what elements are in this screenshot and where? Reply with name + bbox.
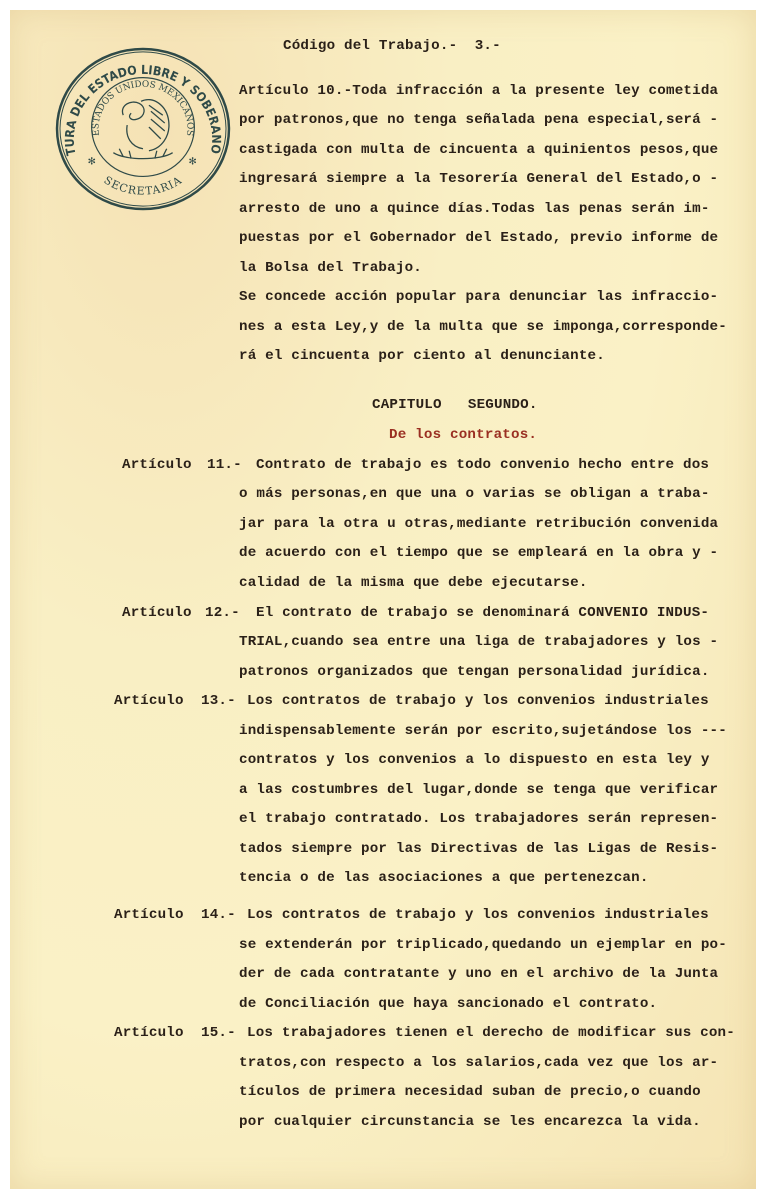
article-line: la Bolsa del Trabajo. <box>239 259 422 277</box>
article-number: 12.- <box>205 604 240 622</box>
article-line: tratos,con respecto a los salarios,cada … <box>239 1054 718 1072</box>
article-line: castigada con multa de cincuenta a quini… <box>239 141 718 159</box>
article-line: de acuerdo con el tiempo que se empleará… <box>239 544 718 562</box>
svg-text:✻: ✻ <box>88 157 96 168</box>
article-line: por patronos,que no tenga señalada pena … <box>239 111 718 129</box>
article-line: tencia o de las asociaciones a que perte… <box>239 869 649 887</box>
article-line: TRIAL,cuando sea entre una liga de traba… <box>239 633 718 651</box>
article-line: de Conciliación que haya sancionado el c… <box>239 995 657 1013</box>
article-line: a las costumbres del lugar,donde se teng… <box>239 781 718 799</box>
article-label: Artículo <box>114 906 184 924</box>
article-line: Se concede acción popular para denunciar… <box>239 288 718 306</box>
article-line: arresto de uno a quince días.Todas las p… <box>239 200 710 218</box>
chapter-title: CAPITULO SEGUNDO. <box>372 396 538 414</box>
article-line: puestas por el Gobernador del Estado, pr… <box>239 229 718 247</box>
article-line: Los trabajadores tienen el derecho de mo… <box>247 1024 735 1042</box>
chapter-subtitle: De los contratos. <box>389 426 537 444</box>
article-line: por cualquier circunstancia se les encar… <box>239 1113 701 1131</box>
article-label: Artículo <box>122 456 192 474</box>
article-line: se extenderán por triplicado,quedando un… <box>239 936 727 954</box>
svg-text:SECRETARIA: SECRETARIA <box>101 173 184 197</box>
page-header: Código del Trabajo.- 3.- <box>283 37 501 55</box>
article-line: Los contratos de trabajo y los convenios… <box>247 906 709 924</box>
article-line: jar para la otra u otras,mediante retrib… <box>239 515 718 533</box>
article-line: tados siempre por las Directivas de las … <box>239 840 718 858</box>
article-line: calidad de la misma que debe ejecutarse. <box>239 574 588 592</box>
article-line: contratos y los convenios a lo dispuesto… <box>239 751 710 769</box>
article-number: 11.- <box>207 456 242 474</box>
article-line: El contrato de trabajo se denominará CON… <box>256 604 709 622</box>
article-number: 13.- <box>201 692 236 710</box>
article-line: der de cada contratante y uno en el arch… <box>239 965 718 983</box>
svg-text:✻: ✻ <box>188 157 196 168</box>
article-line: el trabajo contratado. Los trabajadores … <box>239 810 718 828</box>
article-number: 15.- <box>201 1024 236 1042</box>
article-line: nes a esta Ley,y de la multa que se impo… <box>239 318 727 336</box>
seal-emblem-icon: XXV LEGISLATURA DEL ESTADO LIBRE Y SOBER… <box>54 46 232 212</box>
article-line: Los contratos de trabajo y los convenios… <box>247 692 709 710</box>
svg-text:XXV LEGISLATURA DEL ESTADO LIB: XXV LEGISLATURA DEL ESTADO LIBRE Y SOBER… <box>54 46 223 157</box>
article-line: o más personas,en que una o varias se ob… <box>239 485 710 503</box>
article-line: Artículo 10.-Toda infracción a la presen… <box>239 82 718 100</box>
secretaria-seal: XXV LEGISLATURA DEL ESTADO LIBRE Y SOBER… <box>54 46 232 212</box>
article-line: Contrato de trabajo es todo convenio hec… <box>256 456 709 474</box>
article-label: Artículo <box>114 692 184 710</box>
article-line: tículos de primera necesidad suban de pr… <box>239 1083 701 1101</box>
article-label: Artículo <box>114 1024 184 1042</box>
article-line: indispensablemente serán por escrito,suj… <box>239 722 727 740</box>
article-line: ingresará siempre a la Tesorería General… <box>239 170 718 188</box>
article-line: rá el cincuenta por ciento al denunciant… <box>239 347 605 365</box>
article-line: patronos organizados que tengan personal… <box>239 663 710 681</box>
article-number: 14.- <box>201 906 236 924</box>
article-label: Artículo <box>122 604 192 622</box>
